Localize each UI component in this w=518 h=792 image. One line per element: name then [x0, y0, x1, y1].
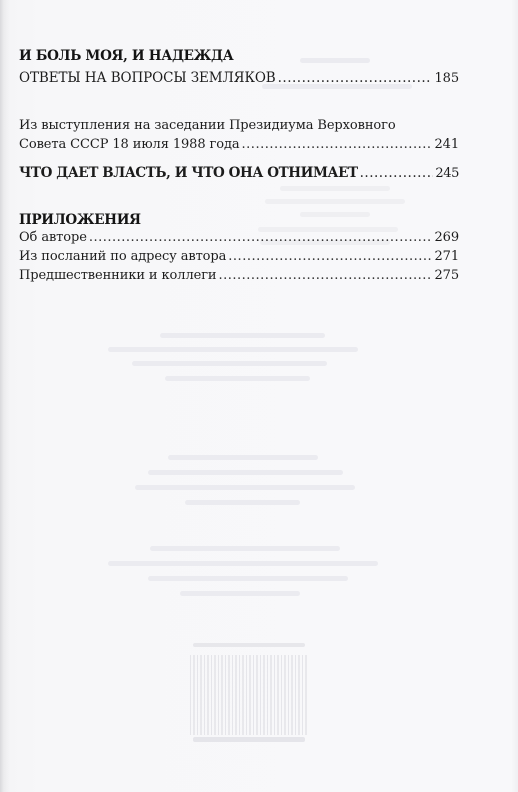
toc-entry-page: 271	[434, 249, 459, 264]
toc-entry-label: Совета СССР 18 июля 1988 года	[19, 137, 240, 152]
toc-entry[interactable]: ЧТО ДАЕТ ВЛАСТЬ, И ЧТО ОНА ОТНИМАЕТ 245	[19, 165, 459, 181]
toc-entry-page: 269	[434, 230, 459, 245]
page-edge	[512, 0, 518, 792]
book-page: И БОЛЬ МОЯ, И НАДЕЖДА ОТВЕТЫ НА ВОПРОСЫ …	[0, 0, 518, 792]
toc-entry-label: ЧТО ДАЕТ ВЛАСТЬ, И ЧТО ОНА ОТНИМАЕТ	[19, 165, 358, 181]
toc-entry-label: ОТВЕТЫ НА ВОПРОСЫ ЗЕМЛЯКОВ	[19, 70, 276, 86]
toc-entry-label-line1: Из выступления на заседании Президиума В…	[19, 118, 459, 133]
leader-dots	[242, 137, 433, 152]
toc-entry[interactable]: ОТВЕТЫ НА ВОПРОСЫ ЗЕМЛЯКОВ 185	[19, 70, 459, 86]
toc-entry-page: 241	[434, 137, 459, 152]
leader-dots	[278, 70, 433, 86]
leader-dots	[228, 249, 432, 264]
toc-entry-label: Из посланий по адресу автора	[19, 249, 226, 264]
toc-entry-page: 275	[434, 268, 459, 283]
toc-entry[interactable]: Из посланий по адресу автора 271	[19, 249, 459, 264]
toc-entry-label: Об авторе	[19, 230, 87, 245]
section-heading: ПРИЛОЖЕНИЯ	[19, 212, 459, 228]
leader-dots	[89, 230, 433, 245]
barcode-image	[190, 655, 308, 735]
toc-entry[interactable]: Совета СССР 18 июля 1988 года 241	[19, 137, 459, 152]
toc-entry-page: 245	[435, 166, 459, 181]
toc-entry-label: Предшественники и коллеги	[19, 268, 216, 283]
toc-entry[interactable]: Предшественники и коллеги 275	[19, 268, 459, 283]
toc-entry[interactable]: Об авторе 269	[19, 230, 459, 245]
leader-dots	[360, 165, 434, 181]
section-heading: И БОЛЬ МОЯ, И НАДЕЖДА	[19, 48, 459, 64]
leader-dots	[218, 268, 432, 283]
toc-entry-page: 185	[434, 71, 459, 86]
